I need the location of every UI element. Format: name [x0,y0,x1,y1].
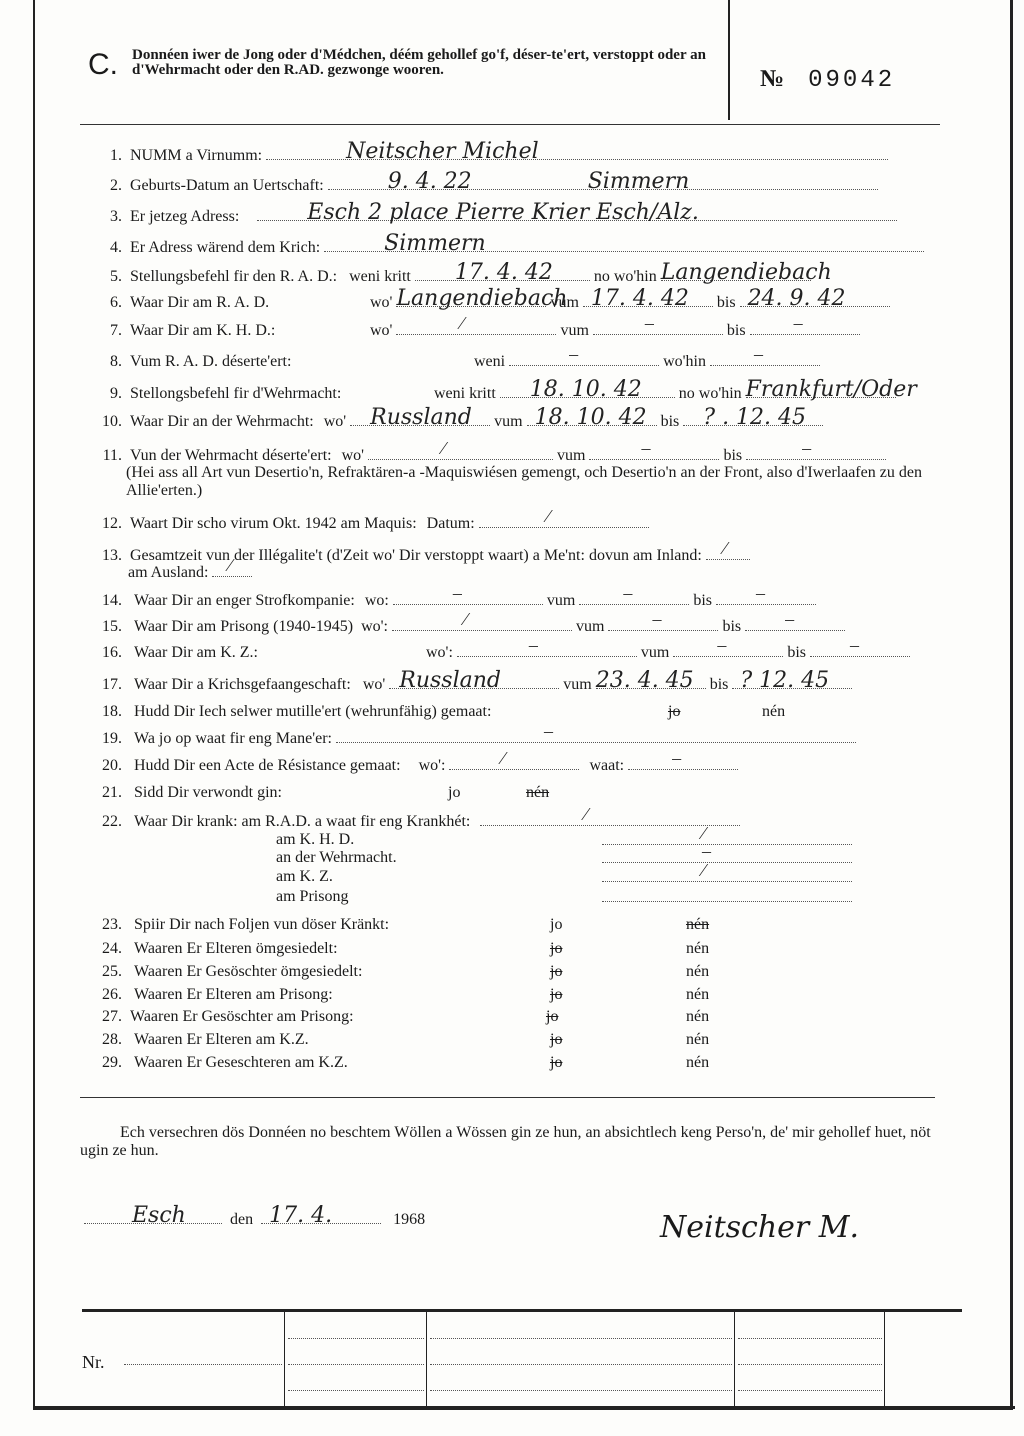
field-row-parents-resettled: 24. Waaren Er Elteren ömgesiedelt: jo né… [92,940,709,958]
handwritten-value: Russland [370,409,472,427]
field-row-siblings-resettled: 25. Waaren Er Gesöschter ömgesiedelt: jo… [92,963,709,981]
field-label: Vun der Wehrmacht déserte'ert: [130,447,332,465]
field-label: Hudd Dir een Acte de Résistance gemaat: [134,757,401,775]
field-label: wo': [361,618,388,636]
field-row-war-address: 4. Er Adress wärend dem Krich: Simmern [92,238,924,257]
wehrmacht-order-place-field[interactable]: Frankfurt/Oder [746,384,896,398]
option-no[interactable]: nén [686,986,709,1004]
desertion-to-field[interactable]: – [746,446,886,460]
khd-to-field[interactable]: – [750,321,860,335]
field-label: vum [641,644,669,662]
resistance-place-field[interactable]: ⁄ [449,756,579,770]
field-label: vum [494,413,522,431]
row-number: 5. [92,268,122,286]
sick-sub-prison: am Prisong [276,888,348,906]
dash-mark: ⁄ [501,749,504,767]
dash-mark: – [802,439,811,457]
field-label: Waar Dir am R. A. D. [130,294,366,312]
option-no[interactable]: nén [686,1008,709,1026]
khd-place-field[interactable]: ⁄ [396,321,556,335]
field-label: wo': [426,644,453,662]
dash-mark: – [785,610,794,628]
row-number: 7. [92,322,122,340]
khd-from-field[interactable]: – [593,321,723,335]
rad-order-place-field[interactable]: Langendiebach [661,267,811,281]
rad-to-field[interactable]: 24. 9. 42 [740,293,890,307]
field-row-wounded: 21. Sidd Dir verwondt gin: jo nén [92,784,549,802]
field-label: Vum R. A. D. déserte'ert: [130,353,470,371]
field-row-rad: 6. Waar Dir am R. A. D. wo' Langendiebac… [92,293,890,312]
dash-mark: ⁄ [464,610,467,628]
field-label: Spiir Dir nach Foljen vun döser Kränkt: [134,916,546,934]
row-number: 14. [92,592,122,610]
row-number: 3. [92,208,122,226]
row-number: 20. [92,757,122,775]
table-cell-field[interactable] [738,1390,882,1391]
rad-order-date-field[interactable]: 17. 4. 42 [415,267,590,281]
field-label: vum [560,322,588,340]
dash-mark: – [453,584,462,602]
field-label: Waaren Er Elteren ömgesiedelt: [134,940,546,958]
field-label: vum [563,676,591,694]
desertion-place-field[interactable]: ⁄ [368,446,553,460]
header-rule [80,124,940,125]
option-yes[interactable]: jo [550,963,682,981]
header-divider [728,0,730,120]
handwritten-value: 17. 4. 42 [455,264,553,282]
table-column-divider [284,1312,285,1407]
row-number: 12. [92,515,122,533]
row-number: 11. [92,447,122,465]
dash-mark: – [702,842,711,860]
field-label: waat: [589,757,624,775]
dash-mark: – [754,345,763,363]
dash-mark: ⁄ [442,439,445,457]
handwritten-value: 24. 9. 42 [748,290,846,308]
option-no[interactable]: nén [762,703,785,721]
field-row-wehrmacht-order: 9. Stellongsbefehl fir d'Wehrmacht: weni… [92,384,896,403]
field-label: Sidd Dir verwondt gin: [134,784,444,802]
field-label: weni kritt [434,385,496,403]
wehrmacht-from-field[interactable]: 18. 10. 42 [527,412,657,426]
abroad-row: am Ausland: ⁄ [128,563,252,582]
sick-sub-wehrmacht: an der Wehrmacht. [276,849,397,867]
field-label: Waaren Er Elteren am K.Z. [134,1031,546,1049]
abroad-field[interactable]: ⁄ [212,563,252,577]
resistance-what-field[interactable]: – [628,756,738,770]
field-row-wehrmacht: 10. Waar Dir an der Wehrmacht: wo' Russl… [92,412,823,431]
kz-from-field[interactable]: – [673,643,783,657]
dash-mark: ⁄ [723,539,726,557]
field-label: Waar Dir an der Wehrmacht: [130,413,314,431]
table-column-divider [734,1312,735,1407]
field-label: bis [661,413,680,431]
field-label: Waar Dir an enger Strofkompanie: [134,592,355,610]
name-field[interactable]: Neitscher Michel [266,146,888,160]
field-label: wo' [370,322,392,340]
year-label: 1968 [393,1211,425,1229]
dash-mark: – [529,636,538,654]
row-number: 15. [92,618,122,636]
option-yes[interactable]: jo [546,1008,682,1026]
field-label: wo' [363,676,385,694]
table-cell-field[interactable] [430,1338,732,1339]
option-yes[interactable]: jo [550,1054,682,1072]
row-number: 1. [92,147,122,165]
field-label: wo': [419,757,446,775]
dash-mark: – [652,610,661,628]
address-field[interactable]: Esch 2 place Pierre Krier Esch/Alz. [257,207,897,221]
rad-place-field[interactable]: Langendiebach [396,293,546,307]
option-no[interactable]: nén [686,963,709,981]
sick-khd-field[interactable]: ⁄ [602,831,852,845]
row-number: 23. [92,916,122,934]
dash-mark: ⁄ [702,861,705,879]
punishment-from-field[interactable]: – [579,591,689,605]
field-label: Waar Dir a Krichsgefaangeschaft: [134,676,351,694]
handwritten-date: 9. 4. 22 [388,173,472,191]
pow-from-field[interactable]: 23. 4. 45 [596,675,706,689]
row-number: 29. [92,1054,122,1072]
option-no[interactable]: nén [686,916,709,934]
option-yes[interactable]: jo [550,986,682,1004]
handwritten-value: Langendiebach [396,290,567,308]
option-yes[interactable]: jo [550,1031,682,1049]
birth-field[interactable]: 9. 4. 22Simmern [328,176,878,190]
sick-kz-field[interactable]: ⁄ [602,868,852,882]
row-number: 24. [92,940,122,958]
row-number: 6. [92,294,122,312]
manner-field[interactable]: – [336,729,856,743]
handwritten-value: 18. 10. 42 [535,409,647,427]
table-cell-field[interactable] [288,1338,424,1339]
option-no[interactable]: nén [686,1031,709,1049]
field-label: wo'hin [663,353,706,371]
field-label: Waart Dir scho virum Okt. 1942 am Maquis… [130,515,417,533]
wehrmacht-to-field[interactable]: ? . 12. 45 [683,412,823,426]
field-label: Waaren Er Gesöschter am Prisong: [130,1008,542,1026]
row-number: 17. [92,676,122,694]
dash-mark: – [717,636,726,654]
field-label: Stellongsbefehl fir d'Wehrmacht: [130,385,430,403]
desertion-note: (Hei ass all Art vun Desertio'n, Refrakt… [126,464,936,500]
nr-field[interactable] [124,1364,282,1365]
field-row-address: 3. Er jetzeg Adress: Esch 2 place Pierre… [92,207,897,226]
field-row-name: 1. NUMM a Virnumm: Neitscher Michel [92,146,888,165]
field-row-siblings-prison: 27. Waaren Er Gesöschter am Prisong: jo … [92,1008,709,1026]
dash-mark: ⁄ [702,824,705,842]
option-no[interactable]: nén [686,940,709,958]
prison-from-field[interactable]: – [608,617,718,631]
handwritten-value: Neitscher Michel [346,143,539,161]
row-number: 8. [92,353,122,371]
table-cell-field[interactable] [738,1364,882,1365]
section-letter: C. [88,48,118,82]
table-cell-field[interactable] [288,1390,424,1391]
form-title: Donnéen iwer de Jong oder d'Médchen, déé… [132,48,722,78]
row-number: 2. [92,177,122,195]
field-label: Waaren Er Geseschteren am K.Z. [134,1054,546,1072]
field-label: wo' [370,294,392,312]
row-number: 28. [92,1031,122,1049]
dash-mark: – [645,314,654,332]
field-row-prison: 15. Waar Dir am Prisong (1940-1945) wo':… [92,617,845,636]
handwritten-place: Simmern [588,173,690,191]
field-label: Hudd Dir Iech selwer mutille'ert (wehrun… [134,703,664,721]
handwritten-value: 18. 10. 42 [530,381,642,399]
field-row-sick: 22. Waar Dir krank: am R.A.D. a waat fir… [92,812,740,831]
dash-mark: – [569,345,578,363]
dash-mark: – [794,314,803,332]
table-column-divider [884,1312,885,1407]
dash-mark: – [672,749,681,767]
field-label: Er jetzeg Adress: [130,208,239,226]
prison-to-field[interactable]: – [745,617,845,631]
rad-from-field[interactable]: 17. 4. 42 [583,293,713,307]
wehrmacht-place-field[interactable]: Russland [350,412,490,426]
wehrmacht-order-date-field[interactable]: 18. 10. 42 [500,384,675,398]
row-number: 25. [92,963,122,981]
field-row-parents-kz: 28. Waaren Er Elteren am K.Z. jo nén [92,1031,709,1049]
handwritten-value: Russland [399,672,501,690]
handwritten-value: Frankfurt/Oder [746,381,917,399]
form-number-value: 09042 [808,67,895,94]
sick-sub-kz: am K. Z. [276,868,333,886]
field-label: Waaren Er Gesöschter ömgesiedelt: [134,963,546,981]
field-label: weni kritt [349,268,411,286]
section-divider [80,1097,935,1098]
field-label: vum [576,618,604,636]
option-yes[interactable]: jo [448,784,522,802]
option-yes[interactable]: jo [550,916,682,934]
inland-field[interactable]: ⁄ [706,546,750,560]
field-label: no wo'hin [594,268,657,286]
field-row-siblings-kz: 29. Waaren Er Geseschteren am K.Z. jo né… [92,1054,709,1072]
field-label: bis [710,676,729,694]
field-label: weni [474,353,505,371]
field-label: wo' [324,413,346,431]
field-row-pow: 17. Waar Dir a Krichsgefaangeschaft: wo'… [92,675,852,694]
field-label: NUMM a Virnumm: [130,147,262,165]
field-label: Waar Dir am K. Z.: [134,644,422,662]
pow-to-field[interactable]: ? 12. 45 [732,675,852,689]
field-label: am Ausland: [128,564,208,581]
row-number: 9. [92,385,122,403]
sick-sub-khd: am K. H. D. [276,831,354,849]
field-label: bis [722,618,741,636]
handwritten-value: Langendiebach [661,264,832,282]
handwritten-value: 17. 4. 42 [591,290,689,308]
field-label: Wa jo op waat fir eng Mane'er: [134,730,332,748]
signature: Neitscher M. [660,1210,859,1245]
option-no[interactable]: nén [526,784,549,802]
dash-mark: – [623,584,632,602]
kz-place-field[interactable]: – [457,643,637,657]
field-row-wehrmacht-desertion: 11. Vun der Wehrmacht déserte'ert: wo' ⁄… [92,446,886,465]
field-row-resistance: 20. Hudd Dir een Acte de Résistance gema… [92,756,738,775]
field-label: bis [723,447,742,465]
table-cell-field[interactable] [430,1364,732,1365]
field-row-rad-order: 5. Stellungsbefehl fir den R. A. D.: wen… [92,267,811,286]
sick-prison-field[interactable] [602,888,852,902]
handwritten-place: Esch [132,1207,186,1225]
form-header: C. Donnéen iwer de Jong oder d'Médchen, … [80,40,720,120]
field-row-kz: 16. Waar Dir am K. Z.: wo': – vum – bis … [92,643,910,662]
field-label: Waar Dir am K. H. D.: [130,322,366,340]
row-number: 16. [92,644,122,662]
option-yes[interactable]: jo [668,703,758,721]
declaration-text: Ech versechren dös Donnéen no beschtem W… [80,1124,940,1160]
rad-desertion-place-field[interactable]: – [710,352,820,366]
field-row-khd: 7. Waar Dir am K. H. D.: wo' ⁄ vum – bis… [92,321,860,340]
field-label: no wo'hin [679,385,742,403]
dash-mark: ⁄ [460,314,463,332]
row-number: 19. [92,730,122,748]
dash-mark: – [544,722,553,740]
field-label: vum [547,592,575,610]
dash-mark: – [641,439,650,457]
row-number: 27. [92,1008,122,1026]
field-label: Waar Dir krank: am R.A.D. a waat fir eng… [134,813,470,831]
field-label: wo' [342,447,364,465]
date-field[interactable]: 17. 4. [261,1210,381,1224]
field-label: wo: [365,592,389,610]
field-label: Waaren Er Elteren am Prisong: [134,986,546,1004]
number-sign: № [760,66,784,92]
option-yes[interactable]: jo [550,940,682,958]
maquis-date-field[interactable]: ⁄ [479,514,649,528]
place-field[interactable]: Esch [84,1210,222,1224]
handwritten-value: ? . 12. 45 [703,409,806,427]
field-label: Datum: [427,515,475,533]
dash-mark: – [756,584,765,602]
row-number: 4. [92,239,122,257]
field-label: Er Adress wärend dem Krich: [130,239,320,257]
pow-place-field[interactable]: Russland [389,675,559,689]
handwritten-value: Esch 2 place Pierre Krier Esch/Alz. [307,204,699,222]
office-use-table: Nr. [82,1312,962,1407]
table-cell-field[interactable] [288,1364,424,1365]
row-number: 13. [92,547,122,565]
field-label: den [230,1211,253,1229]
punishment-to-field[interactable]: – [716,591,816,605]
field-row-manner: 19. Wa jo op waat fir eng Mane'er: – [92,729,856,748]
nr-label: Nr. [82,1352,105,1373]
field-label: bis [727,322,746,340]
field-row-birth: 2. Geburts-Datum an Uertschaft: 9. 4. 22… [92,176,878,195]
kz-to-field[interactable]: – [810,643,910,657]
row-number: 26. [92,986,122,1004]
place-date-line: Esch den 17. 4. 1968 [84,1210,425,1229]
form-number: № 09042 [760,66,895,94]
field-row-punishment-company: 14. Waar Dir an enger Strofkompanie: wo:… [92,591,816,610]
prison-place-field[interactable]: ⁄ [392,617,572,631]
field-row-rad-desertion: 8. Vum R. A. D. déserte'ert: weni – wo'h… [92,352,820,371]
desertion-from-field[interactable]: – [589,446,719,460]
row-number: 21. [92,784,122,802]
table-cell-field[interactable] [738,1338,882,1339]
option-no[interactable]: nén [686,1054,709,1072]
field-label: Stellungsbefehl fir den R. A. D.: [130,268,337,286]
row-number: 18. [92,703,122,721]
field-label: vum [557,447,585,465]
field-row-self-mutilation: 18. Hudd Dir Iech selwer mutille'ert (we… [92,703,785,721]
handwritten-value: 23. 4. 45 [596,672,694,690]
rad-desertion-date-field[interactable]: – [509,352,659,366]
dash-mark: – [850,636,859,654]
field-row-after-effects: 23. Spiir Dir nach Foljen vun döser Krän… [92,916,709,934]
handwritten-date: 17. 4. [269,1207,332,1225]
field-row-maquis: 12. Waart Dir scho virum Okt. 1942 am Ma… [92,514,649,533]
field-label: Geburts-Datum an Uertschaft: [130,177,324,195]
field-label: bis [693,592,712,610]
table-column-divider [426,1312,427,1407]
field-label: bis [717,294,736,312]
sick-wehrmacht-field[interactable]: – [602,849,852,863]
handwritten-value: Simmern [384,235,486,253]
dash-mark: ⁄ [547,507,550,525]
field-label: Waar Dir am Prisong (1940-1945) [134,618,353,636]
dash-mark: ⁄ [228,556,231,574]
table-cell-field[interactable] [430,1390,732,1391]
bottom-border [35,1406,1015,1409]
field-label: bis [787,644,806,662]
war-address-field[interactable]: Simmern [324,238,924,252]
row-number: 10. [92,413,122,431]
row-number: 22. [92,813,122,831]
field-row-parents-prison: 26. Waaren Er Elteren am Prisong: jo nén [92,986,709,1004]
dash-mark: ⁄ [584,805,587,823]
punishment-place-field[interactable]: – [393,591,543,605]
handwritten-value: ? 12. 45 [740,672,829,690]
